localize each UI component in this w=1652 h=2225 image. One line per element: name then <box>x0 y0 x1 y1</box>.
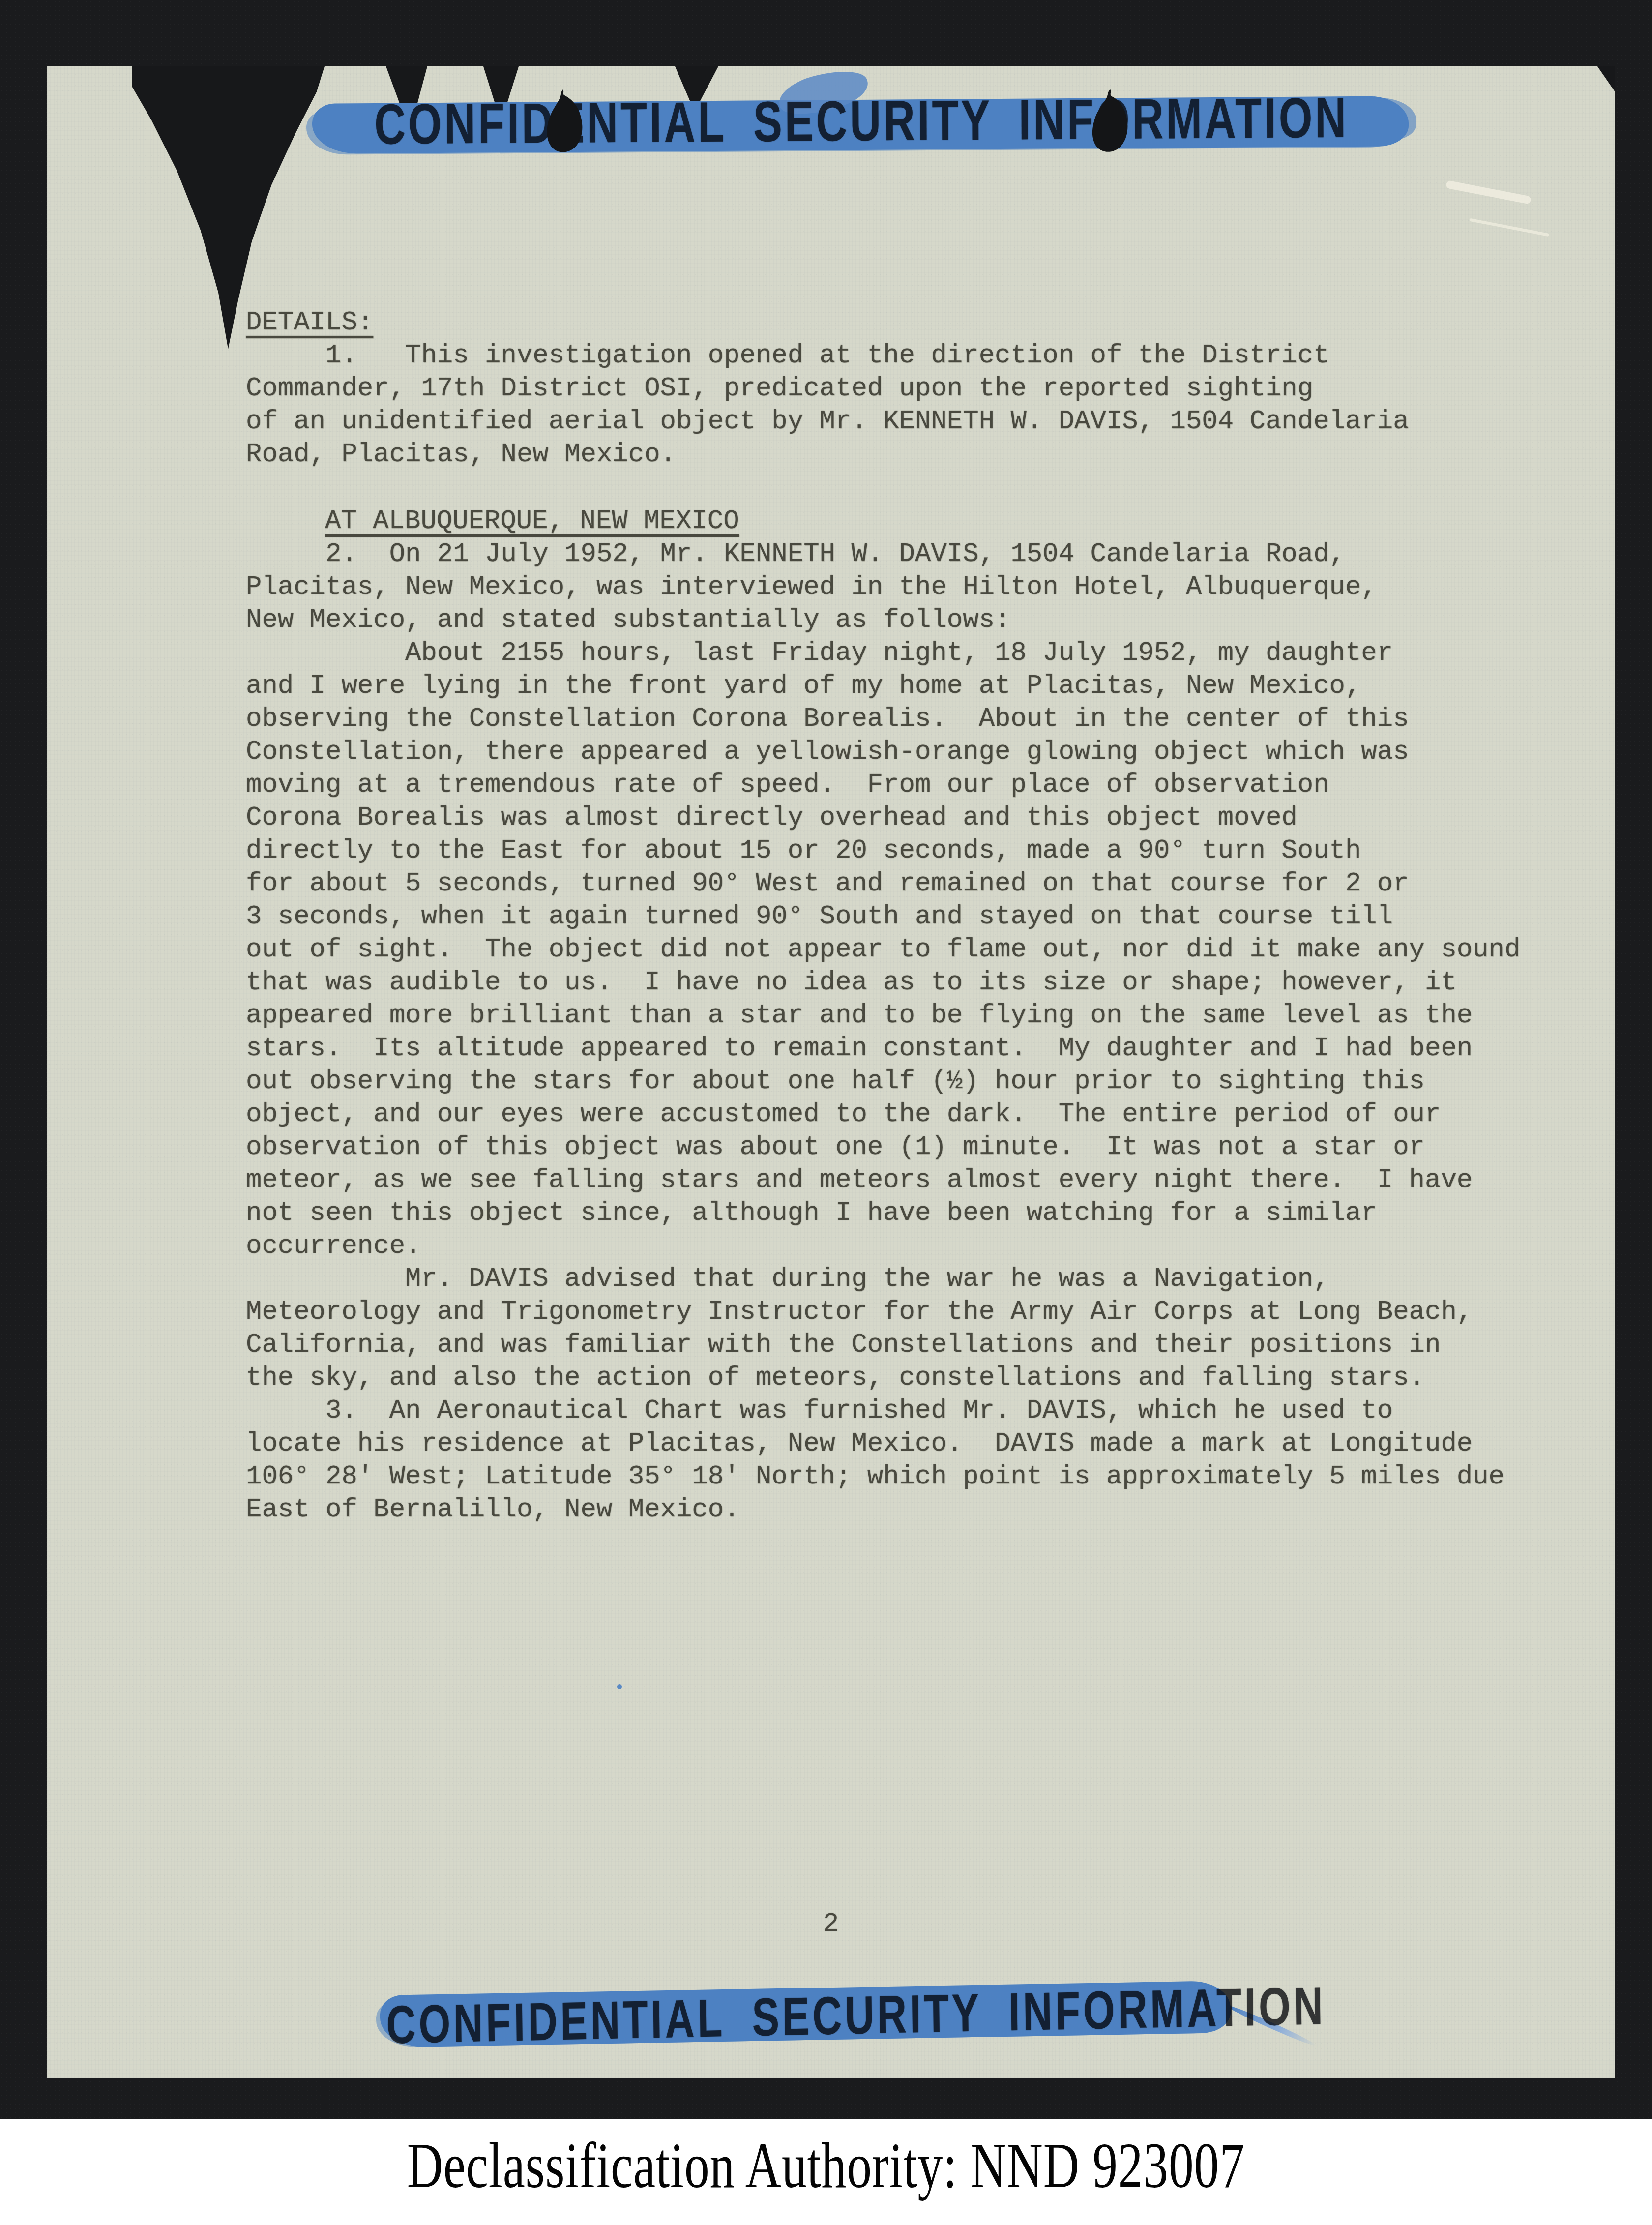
punch-hole-mark-left <box>540 85 590 159</box>
section-heading: AT ALBUQUERQUE, NEW MEXICO <box>325 505 739 538</box>
classification-stamp-top: CONFIDENTIAL SECURITY INFORMATION <box>374 89 1349 152</box>
classification-stamp-bottom: CONFIDENTIAL SECURITY INFORMATION <box>386 1979 1326 2051</box>
witness-statement: About 2155 hours, last Friday night, 18 … <box>246 637 1615 1263</box>
typewritten-body: DETAILS: 1. This investigation opened at… <box>246 306 1615 1526</box>
paragraph-1: 1. This investigation opened at the dire… <box>246 339 1615 471</box>
declassification-footer: Declassification Authority: NND 923007 <box>0 2119 1652 2225</box>
paragraph-2: 2. On 21 July 1952, Mr. KENNETH W. DAVIS… <box>246 538 1615 637</box>
paper-corner-chip <box>1597 66 1615 92</box>
punch-hole-mark-right <box>1085 85 1135 159</box>
paragraph-3: 3. An Aeronautical Chart was furnished M… <box>246 1394 1615 1526</box>
document-page: CONFIDENTIAL SECURITY INFORMATION DETAIL… <box>47 66 1615 2078</box>
ink-speck <box>617 1684 622 1689</box>
paragraph-davis-background: Mr. DAVIS advised that during the war he… <box>246 1263 1615 1394</box>
paper-scuff <box>1445 180 1532 204</box>
declassification-authority-text: Declassification Authority: NND 923007 <box>407 2133 1245 2198</box>
details-heading: DETAILS: <box>246 306 373 339</box>
page-number: 2 <box>806 1909 855 1939</box>
scan-background: CONFIDENTIAL SECURITY INFORMATION DETAIL… <box>0 0 1652 2119</box>
